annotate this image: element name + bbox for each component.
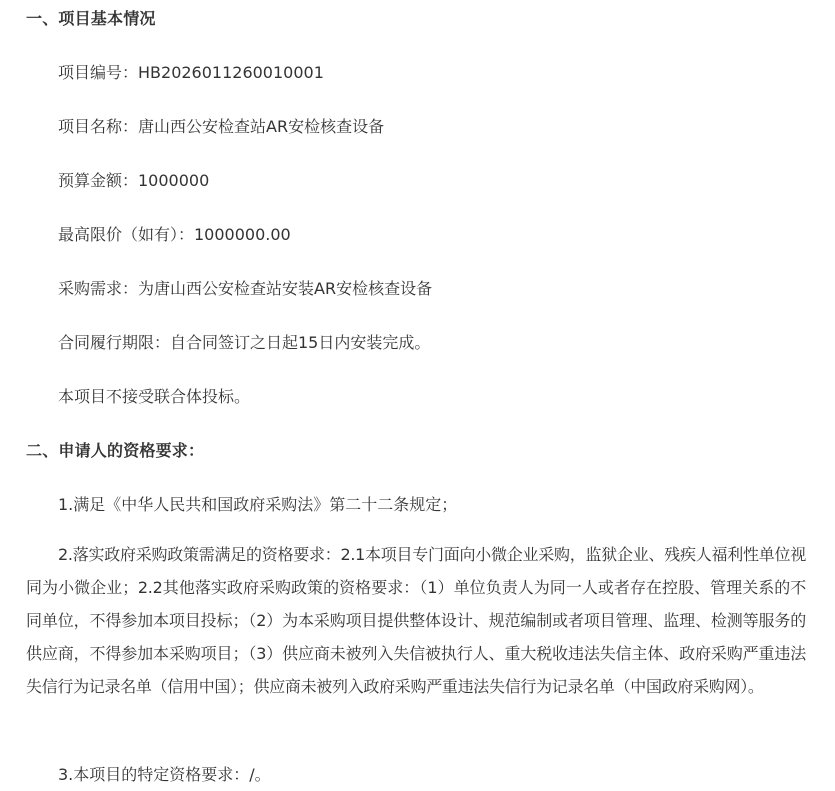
maximum-price: 最高限价（如有）：1000000.00 (58, 222, 291, 245)
qualification-requirement-1: 1.满足《中华人民共和国政府采购法》第二十二条规定； (58, 492, 457, 515)
project-name: 项目名称：唐山西公安检查站AR安检核查设备 (58, 114, 384, 137)
section-heading-basic-info: 一、项目基本情况 (26, 6, 156, 29)
procurement-requirement: 采购需求：为唐山西公安检查站安装AR安检核查设备 (58, 276, 432, 299)
contract-period: 合同履行期限：自合同签订之日起15日内安装完成。 (58, 330, 430, 353)
consortium-notice: 本项目不接受联合体投标。 (58, 384, 250, 407)
qualification-requirement-2: 2.落实政府采购政策需满足的资格要求：2.1本项目专门面向小微企业采购，监狱企业… (26, 538, 806, 703)
project-number: 项目编号：HB2026011260010001 (58, 60, 324, 83)
budget-amount: 预算金额：1000000 (58, 168, 209, 191)
section-heading-qualifications: 二、申请人的资格要求： (26, 438, 204, 461)
qualification-requirement-3: 3.本项目的特定资格要求：/。 (58, 762, 271, 785)
